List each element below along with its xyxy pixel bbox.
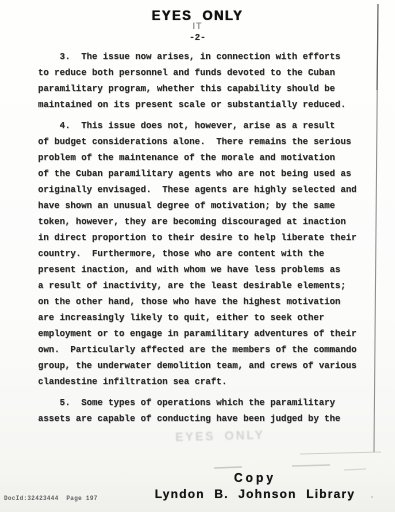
text-line: maintained on its present scale or subst…: [38, 97, 378, 113]
library-copy-mark: Copy Lyndon B. Johnson Library: [145, 471, 365, 501]
document-body: 3. The issue now arises, in connection w…: [38, 49, 378, 427]
text-line: present inaction, and with whom we have …: [38, 262, 378, 278]
text-line: 5. Some types of operations which the pa…: [38, 395, 378, 411]
text-line: problem of the maintenance of the morale…: [38, 150, 378, 166]
paragraph-4: 4. This issue does not, however, arise a…: [38, 118, 378, 390]
text-line: own. Particularly affected are the membe…: [38, 342, 378, 358]
text-line: employment or to engage in paramilitary …: [38, 326, 378, 342]
text-line: country. Furthermore, those who are cont…: [38, 246, 378, 262]
text-line: token, however, they are becoming discou…: [38, 214, 378, 230]
text-line: have shown an unusual degree of motivati…: [38, 198, 378, 214]
text-line: 3. The issue now arises, in connection w…: [38, 49, 378, 65]
docid-footer: DocId:32423444 Page 197: [4, 495, 98, 502]
faded-eyes-only-stamp: EYES ONLY: [150, 427, 290, 445]
text-line: assets are capable of conducting have be…: [38, 411, 378, 427]
text-line: to reduce both personnel and funds devot…: [38, 65, 378, 81]
paragraph-3: 3. The issue now arises, in connection w…: [38, 49, 378, 113]
text-line: paramilitary program, whether this capab…: [38, 81, 378, 97]
scanned-document-page: EYES ONLY IT -2- 3. The issue now arises…: [0, 0, 395, 512]
text-line: in direct proportion to their desire to …: [38, 230, 378, 246]
text-line: originally envisaged. These agents are h…: [38, 182, 378, 198]
text-line: clandestine infiltration sea craft.: [38, 374, 378, 390]
library-label: Lyndon B. Johnson Library: [145, 487, 365, 501]
text-line: group, the underwater demolition team, a…: [38, 358, 378, 374]
text-line: 4. This issue does not, however, arise a…: [38, 118, 378, 134]
text-line: of budget considerations alone. There re…: [38, 134, 378, 150]
stamp-partial-text: IT: [0, 21, 395, 31]
paragraph-5: 5. Some types of operations which the pa…: [38, 395, 378, 427]
text-line: are increasingly likely to quit, either …: [38, 310, 378, 326]
copy-label: Copy: [145, 471, 365, 486]
text-line: on the other hand, those who have the hi…: [38, 294, 378, 310]
page-number: -2-: [0, 33, 395, 43]
text-line: of the Cuban paramilitary agents who are…: [38, 166, 378, 182]
text-line: a result of inactivity, are the least de…: [38, 278, 378, 294]
